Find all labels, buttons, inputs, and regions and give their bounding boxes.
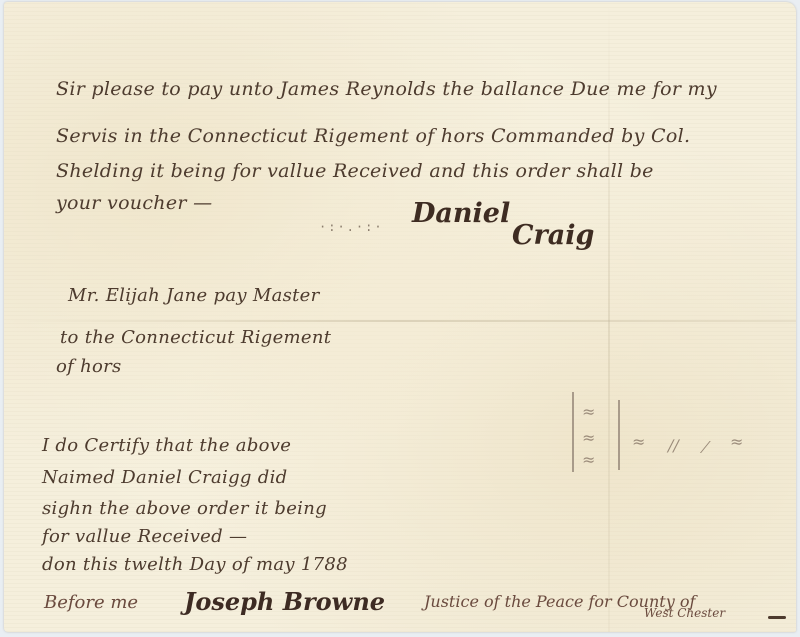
certification-line-5: don this twelth Day of may 1788: [42, 554, 348, 575]
order-line-4: your voucher —: [56, 192, 212, 214]
signature-first-name: Daniel: [412, 198, 510, 229]
address-line-1: Mr. Elijah Jane pay Master: [68, 285, 320, 306]
before-me-label: Before me: [44, 592, 138, 613]
county-name: West Chester: [644, 606, 725, 620]
justice-signature: Joseph Browne: [184, 587, 385, 616]
signature-last-name: Craig: [512, 220, 594, 251]
certification-line-4: for vallue Received —: [42, 526, 247, 547]
address-line-2: to the Connecticut Rigement: [60, 327, 331, 348]
faded-tally-marks: ≈ ≈ ≈ ≈ ∕∕ ⁄ ≈: [564, 392, 744, 482]
address-line-3: of hors: [56, 356, 122, 377]
order-line-2: Servis in the Connecticut Rigement of ho…: [56, 125, 690, 147]
ink-dots: ·:·.·:·: [319, 220, 384, 234]
horizontal-fold-crease: [4, 320, 796, 322]
certification-line-2: Naimed Daniel Craigg did: [42, 467, 287, 488]
document-page: Sir please to pay unto James Reynolds th…: [4, 2, 796, 632]
closing-dash: [768, 616, 786, 619]
certification-line-1: I do Certify that the above: [42, 435, 291, 456]
order-line-3: Shelding it being for vallue Received an…: [56, 160, 654, 182]
order-line-1: Sir please to pay unto James Reynolds th…: [56, 78, 717, 100]
certification-line-3: sighn the above order it being: [42, 498, 327, 519]
